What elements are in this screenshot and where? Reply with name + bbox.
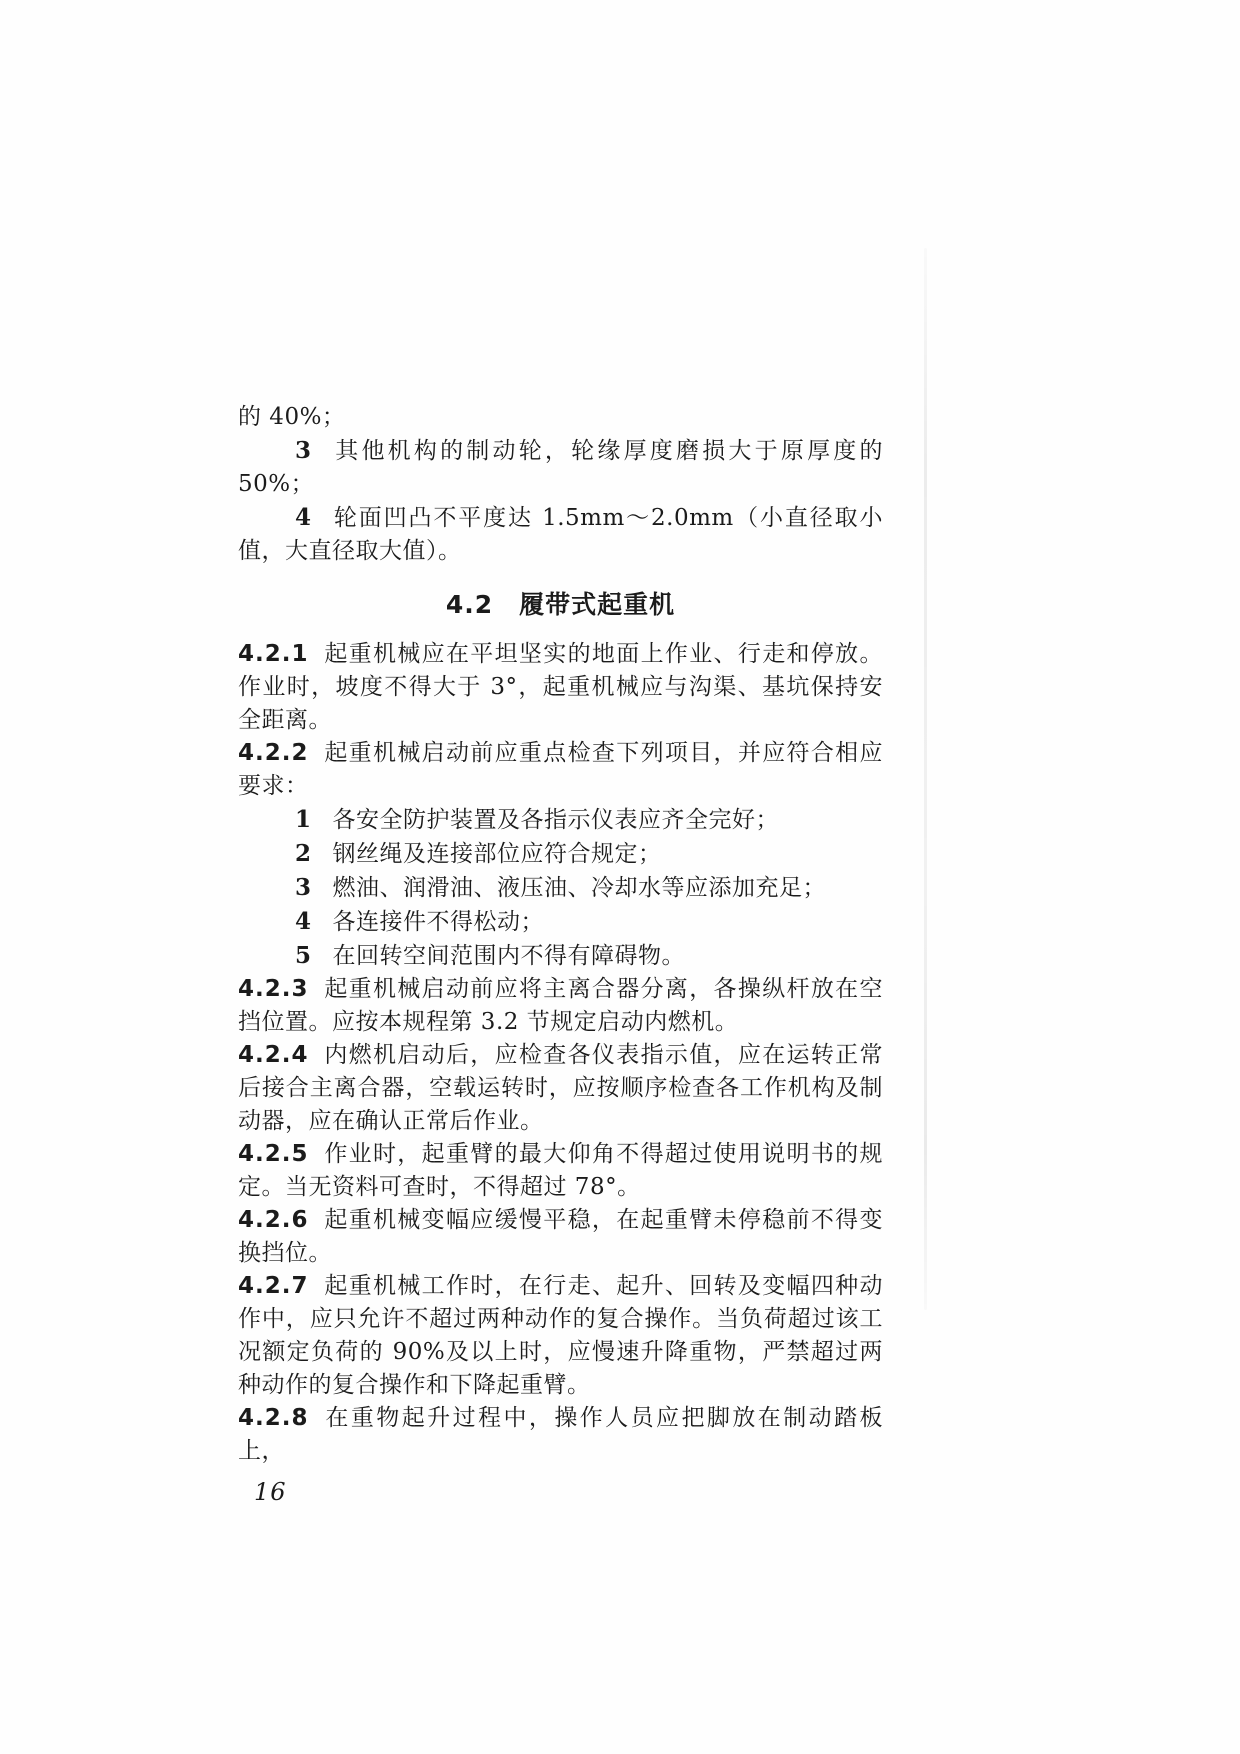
checklist-item-1: 1各安全防护装置及各指示仪表应齐全完好； xyxy=(238,803,883,837)
section-number: 4.2 xyxy=(446,590,493,619)
clause-number: 4.2.3 xyxy=(238,976,309,1002)
numbered-item-3: 3其他机构的制动轮，轮缘厚度磨损大于原厚度的 50%； xyxy=(238,434,883,501)
item-text: 钢丝绳及连接部位应符合规定； xyxy=(333,841,662,867)
item-number: 2 xyxy=(295,840,312,867)
clause-number: 4.2.7 xyxy=(238,1273,309,1299)
page-number: 16 xyxy=(254,1476,883,1509)
item-text: 轮面凹凸不平度达 1.5mm～2.0mm（小直径取小值，大直径取大值）。 xyxy=(238,505,883,564)
clause-text: 内燃机启动后，应检查各仪表指示值，应在运转正常后接合主离合器，空载运转时，应按顺… xyxy=(238,1042,883,1134)
item-number: 1 xyxy=(295,806,312,833)
clause-number: 4.2.2 xyxy=(238,740,309,766)
item-number: 3 xyxy=(295,874,312,901)
item-number: 5 xyxy=(295,942,312,969)
clause-4-2-4: 4.2.4内燃机启动后，应检查各仪表指示值，应在运转正常后接合主离合器，空载运转… xyxy=(238,1039,883,1138)
clause-number: 4.2.1 xyxy=(238,641,309,667)
checklist-item-5: 5在回转空间范围内不得有障碍物。 xyxy=(238,939,883,973)
checklist-item-4: 4各连接件不得松动； xyxy=(238,905,883,939)
clause-4-2-8: 4.2.8在重物起升过程中，操作人员应把脚放在制动踏板上， xyxy=(238,1402,883,1468)
section-title: 履带式起重机 xyxy=(519,590,675,619)
continuation-fragment: 的 40%； xyxy=(238,401,883,434)
clause-text: 作业时，起重臂的最大仰角不得超过使用说明书的规定。当无资料可查时，不得超过 78… xyxy=(238,1141,883,1200)
item-text: 其他机构的制动轮，轮缘厚度磨损大于原厚度的 50%； xyxy=(238,438,883,497)
clause-text: 起重机械工作时，在行走、起升、回转及变幅四种动作中，应只允许不超过两种动作的复合… xyxy=(238,1273,883,1398)
clause-number: 4.2.5 xyxy=(238,1141,309,1167)
clause-number: 4.2.6 xyxy=(238,1207,309,1233)
clause-number: 4.2.8 xyxy=(238,1405,309,1431)
clause-4-2-3: 4.2.3起重机械启动前应将主离合器分离，各操纵杆放在空挡位置。应按本规程第 3… xyxy=(238,973,883,1039)
document-page: 的 40%； 3其他机构的制动轮，轮缘厚度磨损大于原厚度的 50%； 4轮面凹凸… xyxy=(0,0,1240,1754)
clause-4-2-7: 4.2.7起重机械工作时，在行走、起升、回转及变幅四种动作中，应只允许不超过两种… xyxy=(238,1270,883,1402)
item-text: 各安全防护装置及各指示仪表应齐全完好； xyxy=(333,807,780,833)
item-text: 各连接件不得松动； xyxy=(333,909,545,935)
clause-4-2-6: 4.2.6起重机械变幅应缓慢平稳，在起重臂未停稳前不得变换挡位。 xyxy=(238,1204,883,1270)
clause-4-2-2: 4.2.2起重机械启动前应重点检查下列项目，并应符合相应要求： xyxy=(238,737,883,803)
text-block: 的 40%； 3其他机构的制动轮，轮缘厚度磨损大于原厚度的 50%； 4轮面凹凸… xyxy=(238,401,883,1509)
clause-4-2-5: 4.2.5作业时，起重臂的最大仰角不得超过使用说明书的规定。当无资料可查时，不得… xyxy=(238,1138,883,1204)
section-heading: 4.2履带式起重机 xyxy=(238,588,883,621)
clause-text: 在重物起升过程中，操作人员应把脚放在制动踏板上， xyxy=(238,1405,883,1464)
clause-text: 起重机械应在平坦坚实的地面上作业、行走和停放。作业时，坡度不得大于 3°，起重机… xyxy=(238,641,883,733)
item-number: 3 xyxy=(295,437,312,464)
clause-4-2-1: 4.2.1起重机械应在平坦坚实的地面上作业、行走和停放。作业时，坡度不得大于 3… xyxy=(238,638,883,737)
scan-fold-artifact xyxy=(924,248,927,1310)
clause-text: 起重机械启动前应将主离合器分离，各操纵杆放在空挡位置。应按本规程第 3.2 节规… xyxy=(238,976,883,1035)
clause-text: 起重机械变幅应缓慢平稳，在起重臂未停稳前不得变换挡位。 xyxy=(238,1207,883,1266)
checklist-item-3: 3燃油、润滑油、液压油、冷却水等应添加充足； xyxy=(238,871,883,905)
item-text: 燃油、润滑油、液压油、冷却水等应添加充足； xyxy=(333,875,827,901)
checklist-item-2: 2钢丝绳及连接部位应符合规定； xyxy=(238,837,883,871)
item-text: 在回转空间范围内不得有障碍物。 xyxy=(333,943,686,969)
clause-text: 起重机械启动前应重点检查下列项目，并应符合相应要求： xyxy=(238,740,883,799)
item-number: 4 xyxy=(295,504,312,531)
numbered-item-4: 4轮面凹凸不平度达 1.5mm～2.0mm（小直径取小值，大直径取大值）。 xyxy=(238,501,883,568)
item-number: 4 xyxy=(295,908,312,935)
clause-number: 4.2.4 xyxy=(238,1042,309,1068)
